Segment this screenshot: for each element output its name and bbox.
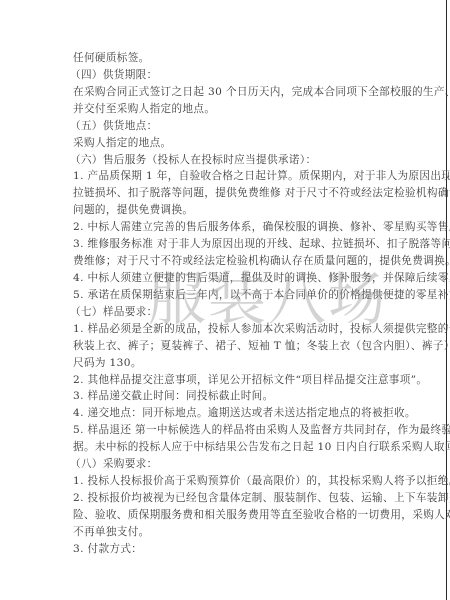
document-body: 任何硬质标签。 （四）供货期限： 在采购合同正式签订之日起 30 个日历天内，完…: [73, 50, 391, 558]
text-line: 险、验收、质保期服务费和相关服务费用等直至验收合格的一切费用，采购人对以上费用均: [73, 507, 391, 524]
text-line: 3. 付款方式：: [73, 541, 391, 558]
text-line: 秋装上衣、裤子；夏装裤子、裙子、短袖 T 恤；冬装上衣（包含内胆）、裤子）校服样…: [73, 338, 391, 355]
section-heading-sample-requirements: （七）样品要求：: [70, 304, 391, 321]
section-heading-delivery-period: （四）供货期限：: [70, 67, 391, 84]
text-line: 并交付至采购人指定的地点。: [73, 101, 391, 118]
document-page: 任何硬质标签。 （四）供货期限： 在采购合同正式签订之日起 30 个日历天内，完…: [0, 0, 447, 600]
text-line: 不再单独支付。: [73, 524, 391, 541]
text-line: 采购人指定的地点。: [73, 135, 391, 152]
text-line: 5. 承诺在质保期结束后三年内，以不高于本合同单价的价格提供便捷的零星补货服务。: [73, 287, 391, 304]
text-line: 问题的，提供免费调换。: [73, 202, 391, 219]
text-line: 4. 递交地点：同开标地点。逾期送达或者未送达指定地点的将被拒收。: [73, 405, 391, 422]
text-line: 尺码为 130。: [73, 355, 391, 372]
text-line: 1. 样品必须是全新的成品，投标人参加本次采购活动时，投标人须提供完整的一套（包…: [73, 321, 391, 338]
section-heading-delivery-location: （五）供货地点：: [70, 118, 391, 135]
text-line: 费维修；对于尺寸不符或经法定检验机构确认存在质量问题的，提供免费调换。: [73, 253, 391, 270]
text-line: 3. 样品递交截止时间：同投标截止时间。: [73, 388, 391, 405]
section-heading-procurement-requirements: （八）采购要求：: [70, 456, 391, 473]
text-line: 4. 中标人须建立便捷的售后渠道，提供及时的调换、修补服务，并保障后续零星购买的…: [73, 270, 391, 287]
section-heading-after-sales: （六）售后服务（投标人在投标时应当提供承诺）：: [70, 152, 391, 169]
text-line: 1. 产品质保期 1 年，自验收合格之日起计算。质保期内，对于非人为原因出现的开…: [73, 168, 391, 185]
text-line: 在采购合同正式签订之日起 30 个日历天内，完成本合同项下全部校服的生产、质检、…: [73, 84, 391, 101]
text-line: 5. 样品退还 第一中标候选人的样品将由采购人及监督方共同封存，作为最终验收的法…: [73, 422, 391, 439]
text-line: 1. 投标人投标报价高于采购预算价（最高限价）的，其投标采购人将予以拒绝。: [73, 473, 391, 490]
text-line: 2. 中标人需建立完善的售后服务体系，确保校服的调换、修补、零星购买等售后服务。: [73, 219, 391, 236]
text-line: 任何硬质标签。: [73, 50, 391, 67]
text-line: 3. 维修服务标准 对于非人为原因出现的开线、起球、拉链损坏、扣子脱落等问题，提…: [73, 236, 391, 253]
text-line: 2. 其他样品提交注意事项，详见公开招标文件“项目样品提交注意事项”。: [73, 372, 391, 389]
text-line: 据。未中标的投标人应于中标结果公告发布之日起 10 日内自行联系采购人取回投标样…: [73, 439, 391, 456]
text-line: 拉链损坏、扣子脱落等问题，提供免费维修 对于尺寸不符或经法定检验机构确认存在质量: [73, 185, 391, 202]
text-line: 2. 投标报价均被视为已经包含量体定制、服装制作、包装、运输、上下车装卸费、税费…: [73, 490, 391, 507]
